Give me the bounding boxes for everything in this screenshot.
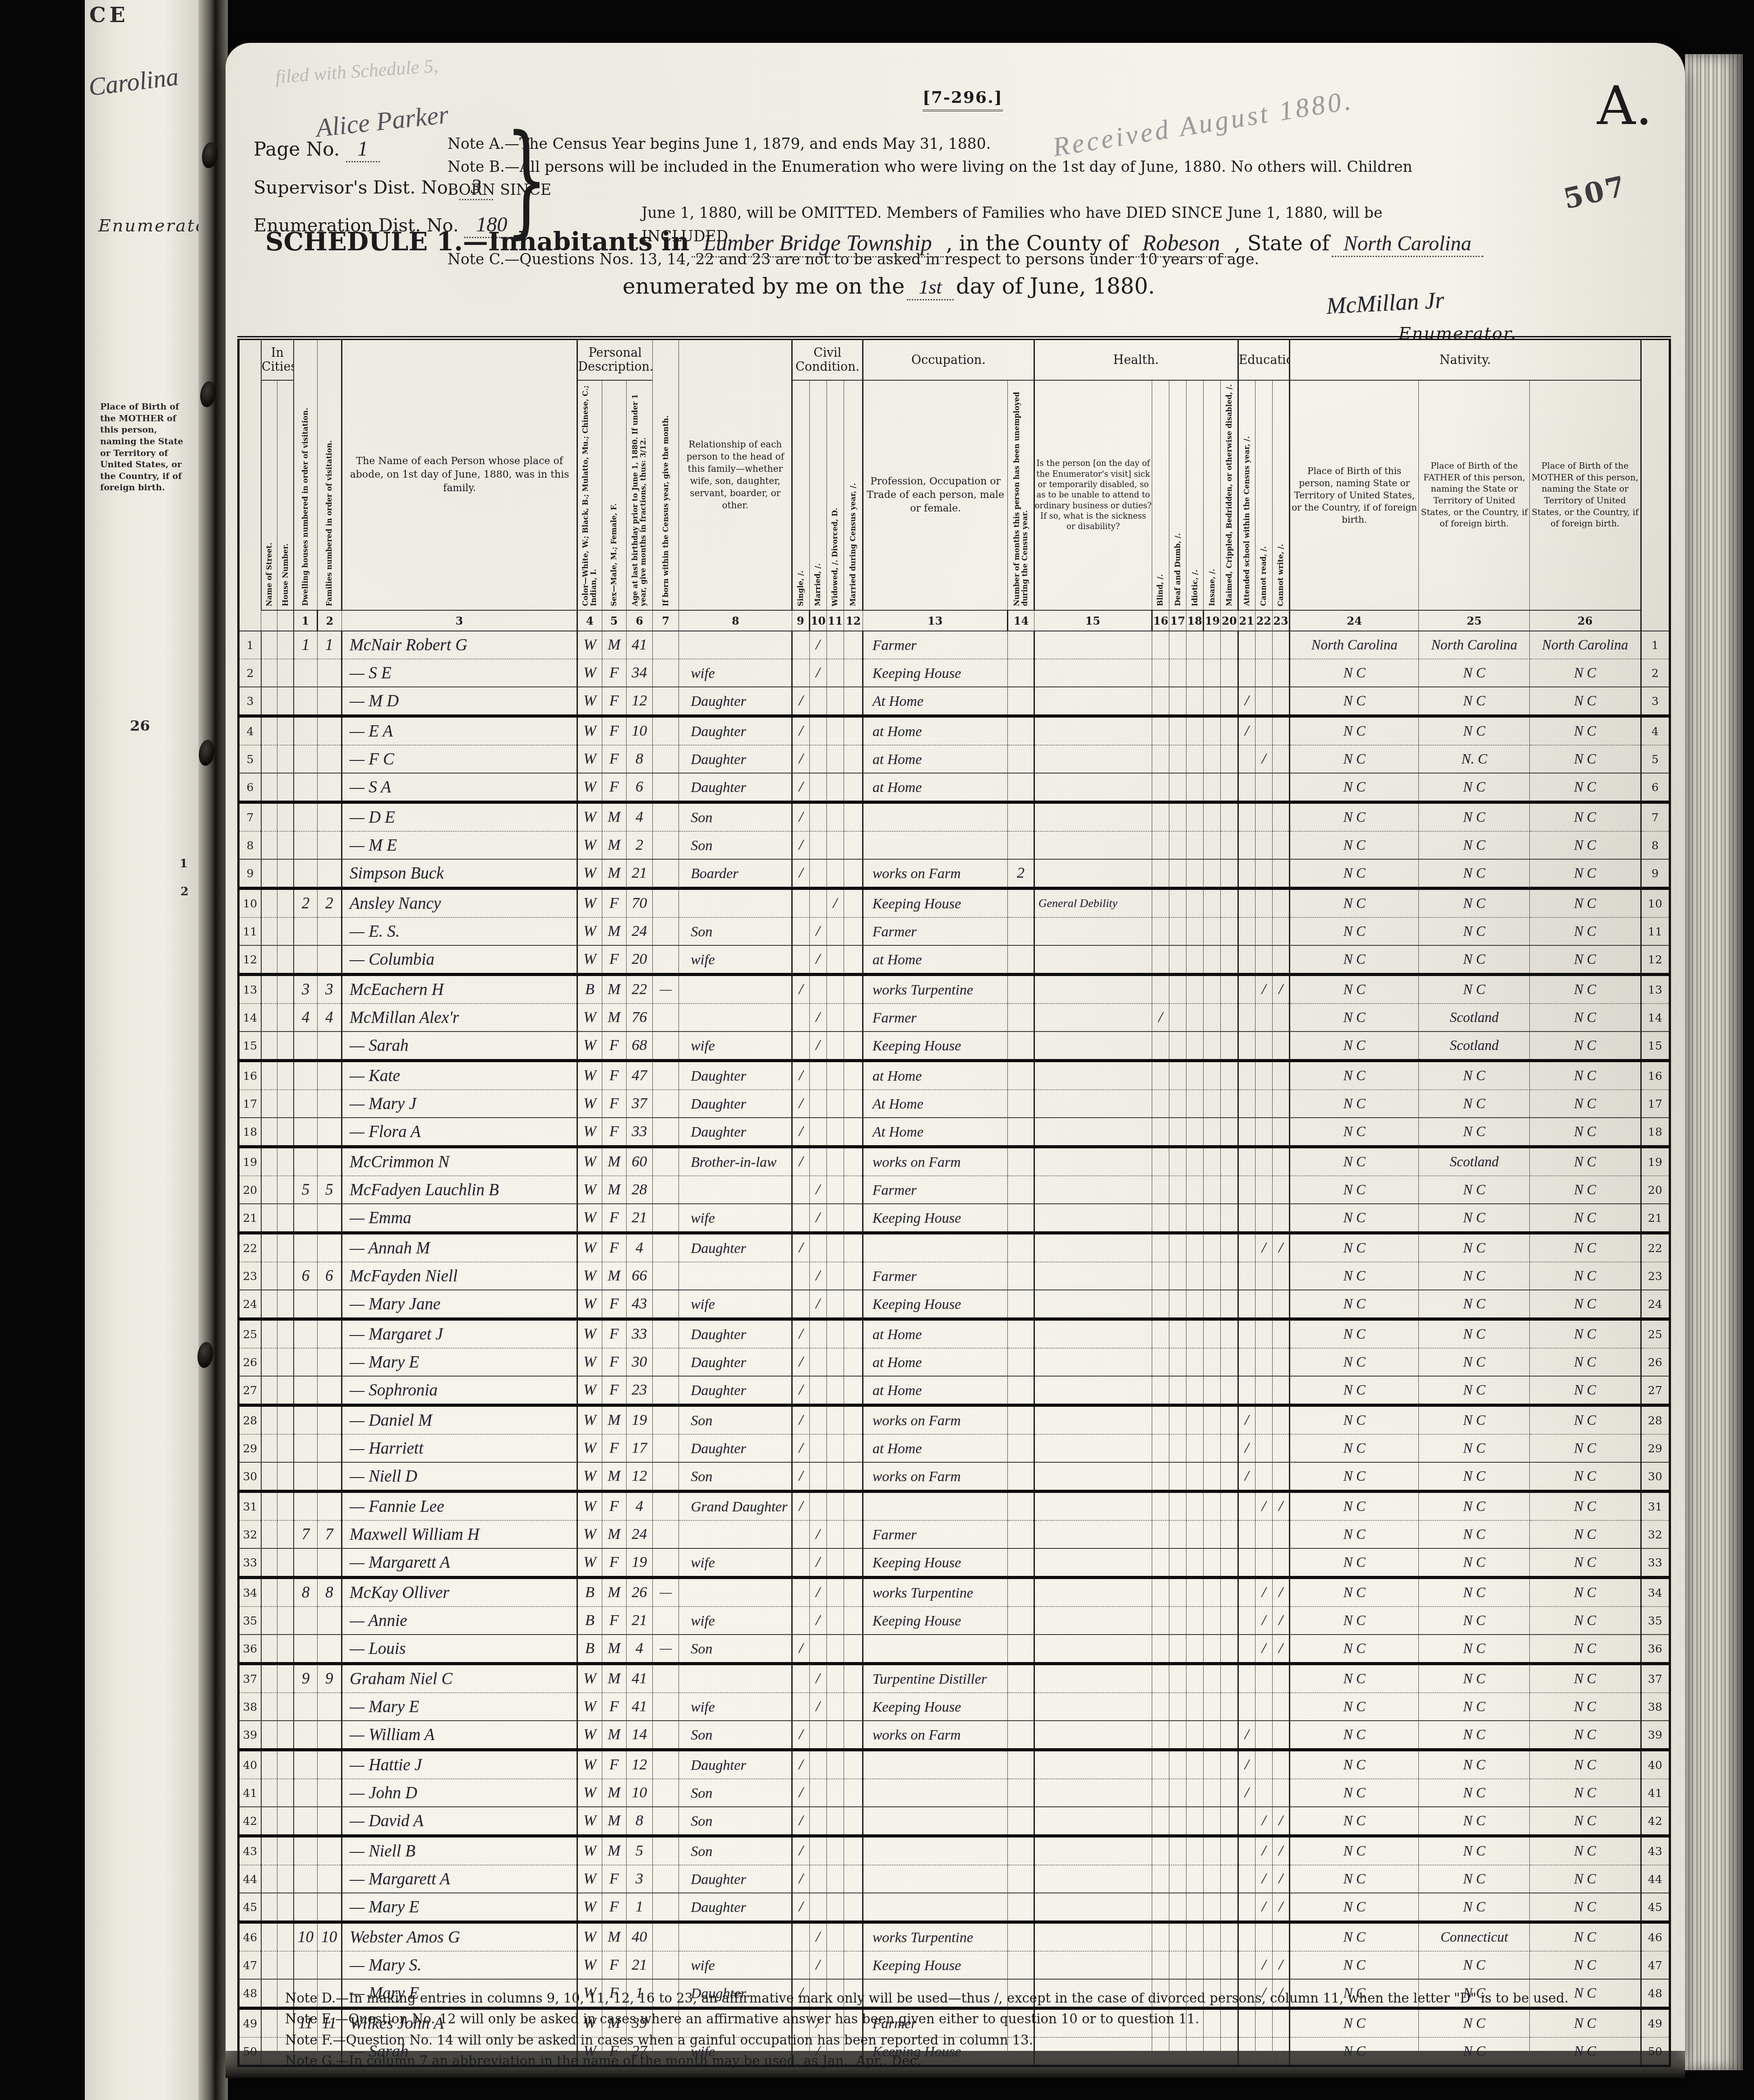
cell-occ bbox=[863, 1233, 1008, 1262]
cell-sick bbox=[1034, 1348, 1152, 1376]
table-row: 12— ColumbiaWF20wife/at HomeN CN CN C12 bbox=[239, 945, 1670, 975]
cell-house bbox=[277, 975, 294, 1004]
cell-h18 bbox=[1186, 975, 1204, 1004]
margin-fragment-top: CE bbox=[89, 3, 129, 27]
cell-pf: N C bbox=[1419, 1061, 1530, 1090]
cell-name: — Columbia bbox=[342, 945, 577, 975]
cell-numl: 30 bbox=[239, 1462, 261, 1492]
cell-s9: / bbox=[792, 1319, 809, 1349]
cell-e23 bbox=[1272, 1779, 1289, 1807]
cell-s11 bbox=[826, 1004, 844, 1032]
cell-sick bbox=[1034, 1492, 1152, 1521]
col-header-11-text: Widowed, /. Divorced, D. bbox=[831, 508, 839, 606]
cell-h17 bbox=[1169, 1520, 1186, 1548]
cell-p: N C bbox=[1290, 802, 1419, 832]
cell-e22 bbox=[1255, 1147, 1272, 1176]
table-row: 2055McFadyen Lauchlin BWM28/FarmerN CN C… bbox=[239, 1176, 1670, 1204]
cell-s10: / bbox=[809, 1290, 826, 1319]
supervisor-dist-label-text: Supervisor's Dist. No. bbox=[254, 177, 453, 198]
cell-dw: 5 bbox=[294, 1176, 317, 1204]
cell-street bbox=[261, 1405, 277, 1435]
cell-sick bbox=[1034, 716, 1152, 746]
cell-h17 bbox=[1169, 1118, 1186, 1147]
cell-name: McFadyen Lauchlin B bbox=[342, 1176, 577, 1204]
col-header-26: Place of Birth of the MOTHER of this per… bbox=[1530, 380, 1641, 610]
cell-h20 bbox=[1221, 1319, 1238, 1349]
cell-rel: Daughter bbox=[679, 1319, 792, 1349]
cell-sx: F bbox=[602, 659, 626, 687]
cell-numl: 43 bbox=[239, 1836, 261, 1865]
cell-e22 bbox=[1255, 1376, 1272, 1405]
cell-numr: 19 bbox=[1641, 1147, 1670, 1176]
cell-c: W bbox=[577, 687, 602, 716]
cell-street bbox=[261, 1779, 277, 1807]
cell-sick bbox=[1034, 1779, 1152, 1807]
cell-s11 bbox=[826, 631, 844, 659]
cell-sick bbox=[1034, 1090, 1152, 1118]
cell-un bbox=[1008, 945, 1034, 975]
cell-e21 bbox=[1238, 1836, 1255, 1865]
cell-h18 bbox=[1186, 687, 1204, 716]
cell-mo bbox=[653, 1807, 679, 1836]
cell-e22: / bbox=[1255, 1607, 1272, 1635]
cell-e23 bbox=[1272, 1434, 1289, 1462]
cell-h17 bbox=[1169, 945, 1186, 975]
cell-p: N C bbox=[1290, 1462, 1419, 1492]
cell-numl: 34 bbox=[239, 1578, 261, 1607]
cell-mo bbox=[653, 1233, 679, 1262]
cell-fam bbox=[317, 1204, 342, 1233]
cell-e22: / bbox=[1255, 1836, 1272, 1865]
cell-rel bbox=[679, 975, 792, 1004]
cell-s11 bbox=[826, 1348, 844, 1376]
cell-s10: / bbox=[809, 945, 826, 975]
cell-street bbox=[261, 1204, 277, 1233]
cell-h19 bbox=[1204, 917, 1221, 945]
cell-occ: at Home bbox=[863, 1376, 1008, 1405]
cell-pf: N C bbox=[1419, 716, 1530, 746]
cell-sick bbox=[1034, 773, 1152, 802]
cell-pf: N C bbox=[1419, 889, 1530, 918]
cell-s10: / bbox=[809, 1262, 826, 1290]
cell-fam bbox=[317, 1836, 342, 1865]
cell-h20 bbox=[1221, 1348, 1238, 1376]
cell-name: McMillan Alex'r bbox=[342, 1004, 577, 1032]
cell-fam bbox=[317, 831, 342, 859]
cell-e23: / bbox=[1272, 1807, 1289, 1836]
cell-e21 bbox=[1238, 859, 1255, 889]
cell-sx: M bbox=[602, 1405, 626, 1435]
cell-mo bbox=[653, 1922, 679, 1952]
cell-h20 bbox=[1221, 1204, 1238, 1233]
cell-occ: Farmer bbox=[863, 1004, 1008, 1032]
cell-h17 bbox=[1169, 1262, 1186, 1290]
cell-numl: 27 bbox=[239, 1376, 261, 1405]
cell-dw bbox=[294, 1721, 317, 1750]
cell-occ: Turpentine Distiller bbox=[863, 1664, 1008, 1693]
col-header-12: Married during Census year, /. bbox=[844, 380, 863, 610]
cell-house bbox=[277, 1176, 294, 1204]
cell-sick bbox=[1034, 1893, 1152, 1922]
cell-e21 bbox=[1238, 1520, 1255, 1548]
cell-h19 bbox=[1204, 1434, 1221, 1462]
cell-h16 bbox=[1152, 687, 1169, 716]
cell-name: — Margarett A bbox=[342, 1865, 577, 1893]
cell-mo bbox=[653, 1492, 679, 1521]
cell-a: 21 bbox=[626, 1204, 652, 1233]
cell-numl: 16 bbox=[239, 1061, 261, 1090]
cell-s10: / bbox=[809, 1176, 826, 1204]
cell-fam bbox=[317, 1290, 342, 1319]
cell-house bbox=[277, 1492, 294, 1521]
cell-h18 bbox=[1186, 1376, 1204, 1405]
cell-sx: F bbox=[602, 1319, 626, 1349]
cell-s10 bbox=[809, 1348, 826, 1376]
cell-h18 bbox=[1186, 1779, 1204, 1807]
cell-sx: M bbox=[602, 1664, 626, 1693]
cell-s12 bbox=[844, 1061, 863, 1090]
cell-h19 bbox=[1204, 802, 1221, 832]
cell-occ: works Turpentine bbox=[863, 1578, 1008, 1607]
cell-sick bbox=[1034, 1721, 1152, 1750]
cell-a: 47 bbox=[626, 1061, 652, 1090]
cell-pf: N C bbox=[1419, 1204, 1530, 1233]
cell-p: N C bbox=[1290, 1176, 1419, 1204]
cell-sick bbox=[1034, 687, 1152, 716]
cell-e21: / bbox=[1238, 687, 1255, 716]
cell-e21 bbox=[1238, 659, 1255, 687]
cell-street bbox=[261, 1233, 277, 1262]
cell-h17 bbox=[1169, 1779, 1186, 1807]
cell-h19 bbox=[1204, 1951, 1221, 1979]
cell-h19 bbox=[1204, 631, 1221, 659]
cell-h20 bbox=[1221, 1090, 1238, 1118]
cell-pm: N C bbox=[1530, 1635, 1641, 1664]
cell-pm: N C bbox=[1530, 1262, 1641, 1290]
cell-rel: Boarder bbox=[679, 859, 792, 889]
cell-e23 bbox=[1272, 1176, 1289, 1204]
cell-sx: F bbox=[602, 889, 626, 918]
cell-p: N C bbox=[1290, 1290, 1419, 1319]
cell-h17 bbox=[1169, 687, 1186, 716]
cell-h18 bbox=[1186, 1607, 1204, 1635]
cell-h20 bbox=[1221, 773, 1238, 802]
cell-numr: 6 bbox=[1641, 773, 1670, 802]
cell-h17 bbox=[1169, 975, 1186, 1004]
cell-pf: N C bbox=[1419, 1807, 1530, 1836]
cell-sx: F bbox=[602, 1032, 626, 1061]
cell-rel: Son bbox=[679, 831, 792, 859]
county-label: , in the County of bbox=[946, 231, 1128, 255]
cell-s12 bbox=[844, 917, 863, 945]
cell-rel: Son bbox=[679, 1836, 792, 1865]
cell-pf: Connecticut bbox=[1419, 1922, 1530, 1952]
cell-street bbox=[261, 1520, 277, 1548]
cell-h20 bbox=[1221, 1922, 1238, 1952]
cell-dw bbox=[294, 1807, 317, 1836]
cell-h20 bbox=[1221, 1176, 1238, 1204]
cell-pm: N C bbox=[1530, 1865, 1641, 1893]
note-a: Note A.—The Census Year begins June 1, 1… bbox=[448, 132, 1454, 155]
cell-s11 bbox=[826, 1032, 844, 1061]
cell-numl: 4 bbox=[239, 716, 261, 746]
column-number: 24 bbox=[1290, 610, 1419, 631]
cell-house bbox=[277, 1319, 294, 1349]
cell-numl: 26 bbox=[239, 1348, 261, 1376]
cell-fam bbox=[317, 945, 342, 975]
cell-h18 bbox=[1186, 1462, 1204, 1492]
cell-sx: F bbox=[602, 1348, 626, 1376]
cell-h18 bbox=[1186, 1951, 1204, 1979]
cell-house bbox=[277, 889, 294, 918]
col-header-19-text: Insane, /. bbox=[1208, 569, 1216, 606]
cell-e21 bbox=[1238, 1348, 1255, 1376]
column-number: 1 bbox=[294, 610, 317, 631]
cell-sick bbox=[1034, 1664, 1152, 1693]
cell-un bbox=[1008, 687, 1034, 716]
cell-fam: 10 bbox=[317, 1922, 342, 1952]
cell-fam bbox=[317, 659, 342, 687]
footnote-f: Note F.—Question No. 14 will only be ask… bbox=[285, 2030, 1569, 2050]
cell-s10: / bbox=[809, 1204, 826, 1233]
cell-sick bbox=[1034, 1376, 1152, 1405]
cell-pm: North Carolina bbox=[1530, 631, 1641, 659]
cell-s12 bbox=[844, 1750, 863, 1779]
cell-h18 bbox=[1186, 1204, 1204, 1233]
cell-e23: / bbox=[1272, 1635, 1289, 1664]
cell-name: Maxwell William H bbox=[342, 1520, 577, 1548]
cell-pf: N C bbox=[1419, 1865, 1530, 1893]
cell-street bbox=[261, 2008, 277, 2038]
cell-e21 bbox=[1238, 631, 1255, 659]
col-header-17-text: Deaf and Dumb, /. bbox=[1174, 533, 1182, 606]
cell-house bbox=[277, 1693, 294, 1721]
cell-e22 bbox=[1255, 1434, 1272, 1462]
cell-h16 bbox=[1152, 1319, 1169, 1349]
cell-e23 bbox=[1272, 1319, 1289, 1349]
cell-c: W bbox=[577, 1090, 602, 1118]
cell-street bbox=[261, 1492, 277, 1521]
cell-numr: 26 bbox=[1641, 1348, 1670, 1376]
cell-h16 bbox=[1152, 1405, 1169, 1435]
cell-e22 bbox=[1255, 773, 1272, 802]
census-rows: 111McNair Robert GWM41/FarmerNorth Carol… bbox=[239, 631, 1670, 2066]
cell-h20 bbox=[1221, 802, 1238, 832]
cell-sx: M bbox=[602, 1922, 626, 1952]
cell-e21 bbox=[1238, 1118, 1255, 1147]
cell-pf: N C bbox=[1419, 773, 1530, 802]
cell-s12 bbox=[844, 1405, 863, 1435]
cell-h17 bbox=[1169, 1807, 1186, 1836]
cell-house bbox=[277, 1750, 294, 1779]
cell-e23 bbox=[1272, 1290, 1289, 1319]
table-row: 39— William AWM14Son/works on Farm/N CN … bbox=[239, 1721, 1670, 1750]
cell-dw bbox=[294, 1147, 317, 1176]
cell-pf: N C bbox=[1419, 975, 1530, 1004]
cell-sx: F bbox=[602, 1204, 626, 1233]
cell-s10 bbox=[809, 687, 826, 716]
cell-s9: / bbox=[792, 802, 809, 832]
cell-c: W bbox=[577, 1032, 602, 1061]
cell-mo bbox=[653, 1607, 679, 1635]
cell-house bbox=[277, 631, 294, 659]
cell-sick bbox=[1034, 1004, 1152, 1032]
column-number: 11 bbox=[826, 610, 844, 631]
cell-h16 bbox=[1152, 1176, 1169, 1204]
cell-rel: Son bbox=[679, 1462, 792, 1492]
cell-name: — Flora A bbox=[342, 1118, 577, 1147]
cell-s12 bbox=[844, 773, 863, 802]
cell-name: — Mary E bbox=[342, 1693, 577, 1721]
cell-h17 bbox=[1169, 1032, 1186, 1061]
cell-occ bbox=[863, 831, 1008, 859]
cell-e22 bbox=[1255, 859, 1272, 889]
cell-dw bbox=[294, 1376, 317, 1405]
cell-fam bbox=[317, 859, 342, 889]
cell-e23 bbox=[1272, 687, 1289, 716]
cell-occ: Keeping House bbox=[863, 1290, 1008, 1319]
cell-mo bbox=[653, 1204, 679, 1233]
cell-s11 bbox=[826, 687, 844, 716]
page-number-stamp: 507 bbox=[1560, 169, 1630, 216]
cell-h18 bbox=[1186, 1548, 1204, 1578]
cell-pm: N C bbox=[1530, 1348, 1641, 1376]
col-header-16-text: Blind, /. bbox=[1156, 574, 1164, 606]
cell-pf: Scotland bbox=[1419, 1004, 1530, 1032]
cell-p: N C bbox=[1290, 1376, 1419, 1405]
cell-pm: N C bbox=[1530, 917, 1641, 945]
cell-mo bbox=[653, 745, 679, 773]
cell-occ bbox=[863, 1492, 1008, 1521]
cell-mo bbox=[653, 1721, 679, 1750]
cell-fam bbox=[317, 1492, 342, 1521]
cell-pf: N C bbox=[1419, 1893, 1530, 1922]
cell-numl: 19 bbox=[239, 1147, 261, 1176]
cell-s9: / bbox=[792, 1893, 809, 1922]
cell-name: Webster Amos G bbox=[342, 1922, 577, 1952]
cell-pf: Scotland bbox=[1419, 1032, 1530, 1061]
cell-dw bbox=[294, 1290, 317, 1319]
cell-numr: 7 bbox=[1641, 802, 1670, 832]
cell-h19 bbox=[1204, 1548, 1221, 1578]
cell-h18 bbox=[1186, 1750, 1204, 1779]
cell-h20 bbox=[1221, 831, 1238, 859]
cell-s11 bbox=[826, 1578, 844, 1607]
cell-numr: 36 bbox=[1641, 1635, 1670, 1664]
cell-occ: Farmer bbox=[863, 1262, 1008, 1290]
cell-sick bbox=[1034, 831, 1152, 859]
cell-street bbox=[261, 1348, 277, 1376]
cell-h20 bbox=[1221, 1951, 1238, 1979]
cell-a: 10 bbox=[626, 1779, 652, 1807]
cell-sx: F bbox=[602, 687, 626, 716]
cell-pf: N C bbox=[1419, 1750, 1530, 1779]
table-row: 111McNair Robert GWM41/FarmerNorth Carol… bbox=[239, 631, 1670, 659]
cell-h17 bbox=[1169, 1147, 1186, 1176]
state-label: , State of bbox=[1234, 231, 1329, 255]
cell-fam bbox=[317, 1319, 342, 1349]
cell-h19 bbox=[1204, 1836, 1221, 1865]
enumerated-label: enumerated by me on the bbox=[623, 274, 905, 299]
cell-h19 bbox=[1204, 745, 1221, 773]
cell-s10 bbox=[809, 1721, 826, 1750]
cell-h18 bbox=[1186, 745, 1204, 773]
cell-h18 bbox=[1186, 1233, 1204, 1262]
cell-numr: 31 bbox=[1641, 1492, 1670, 1521]
cell-mo bbox=[653, 1893, 679, 1922]
column-number: 3 bbox=[342, 610, 577, 631]
cell-h16 bbox=[1152, 1061, 1169, 1090]
col-header-5: Sex—Male, M.; Female, F. bbox=[602, 380, 626, 610]
cell-h20 bbox=[1221, 1434, 1238, 1462]
cell-un bbox=[1008, 831, 1034, 859]
cell-p: N C bbox=[1290, 831, 1419, 859]
cell-sick bbox=[1034, 1176, 1152, 1204]
cell-occ: at Home bbox=[863, 745, 1008, 773]
cell-numr: 33 bbox=[1641, 1548, 1670, 1578]
cell-occ: Keeping House bbox=[863, 1204, 1008, 1233]
cell-e21: / bbox=[1238, 1434, 1255, 1462]
cell-numl: 41 bbox=[239, 1779, 261, 1807]
cell-sx: F bbox=[602, 1090, 626, 1118]
cell-un bbox=[1008, 1664, 1034, 1693]
cell-un bbox=[1008, 1204, 1034, 1233]
cell-p: N C bbox=[1290, 859, 1419, 889]
cell-s9 bbox=[792, 1922, 809, 1952]
cell-h20 bbox=[1221, 1233, 1238, 1262]
cell-a: 68 bbox=[626, 1032, 652, 1061]
cell-pm: N C bbox=[1530, 1492, 1641, 1521]
cell-occ: Farmer bbox=[863, 1176, 1008, 1204]
cell-h17 bbox=[1169, 1893, 1186, 1922]
cell-numl: 50 bbox=[239, 2037, 261, 2066]
cell-sick bbox=[1034, 745, 1152, 773]
column-number: 7 bbox=[653, 610, 679, 631]
cell-h20 bbox=[1221, 1779, 1238, 1807]
cell-numr: 45 bbox=[1641, 1893, 1670, 1922]
cell-numl: 45 bbox=[239, 1893, 261, 1922]
cell-h18 bbox=[1186, 1262, 1204, 1290]
cell-pm: N C bbox=[1530, 859, 1641, 889]
cell-rel: wife bbox=[679, 1693, 792, 1721]
cell-h19 bbox=[1204, 1721, 1221, 1750]
cell-s11 bbox=[826, 1405, 844, 1435]
cell-h17 bbox=[1169, 1721, 1186, 1750]
cell-rel: wife bbox=[679, 1032, 792, 1061]
cell-pm: N C bbox=[1530, 1750, 1641, 1779]
cell-s9 bbox=[792, 889, 809, 918]
cell-e22 bbox=[1255, 1262, 1272, 1290]
cell-numl: 20 bbox=[239, 1176, 261, 1204]
cell-e21 bbox=[1238, 1693, 1255, 1721]
cell-e22 bbox=[1255, 802, 1272, 832]
cell-h20 bbox=[1221, 1836, 1238, 1865]
cell-e21: / bbox=[1238, 1750, 1255, 1779]
cell-street bbox=[261, 716, 277, 746]
cell-pm: N C bbox=[1530, 802, 1641, 832]
cell-h18 bbox=[1186, 1836, 1204, 1865]
cell-p: N C bbox=[1290, 1721, 1419, 1750]
cell-c: W bbox=[577, 659, 602, 687]
cell-mo bbox=[653, 1061, 679, 1090]
cell-s10 bbox=[809, 1434, 826, 1462]
cell-h19 bbox=[1204, 1635, 1221, 1664]
cell-sx: M bbox=[602, 802, 626, 832]
cell-fam bbox=[317, 1779, 342, 1807]
cell-s12 bbox=[844, 1204, 863, 1233]
cell-occ bbox=[863, 1893, 1008, 1922]
cell-house bbox=[277, 773, 294, 802]
